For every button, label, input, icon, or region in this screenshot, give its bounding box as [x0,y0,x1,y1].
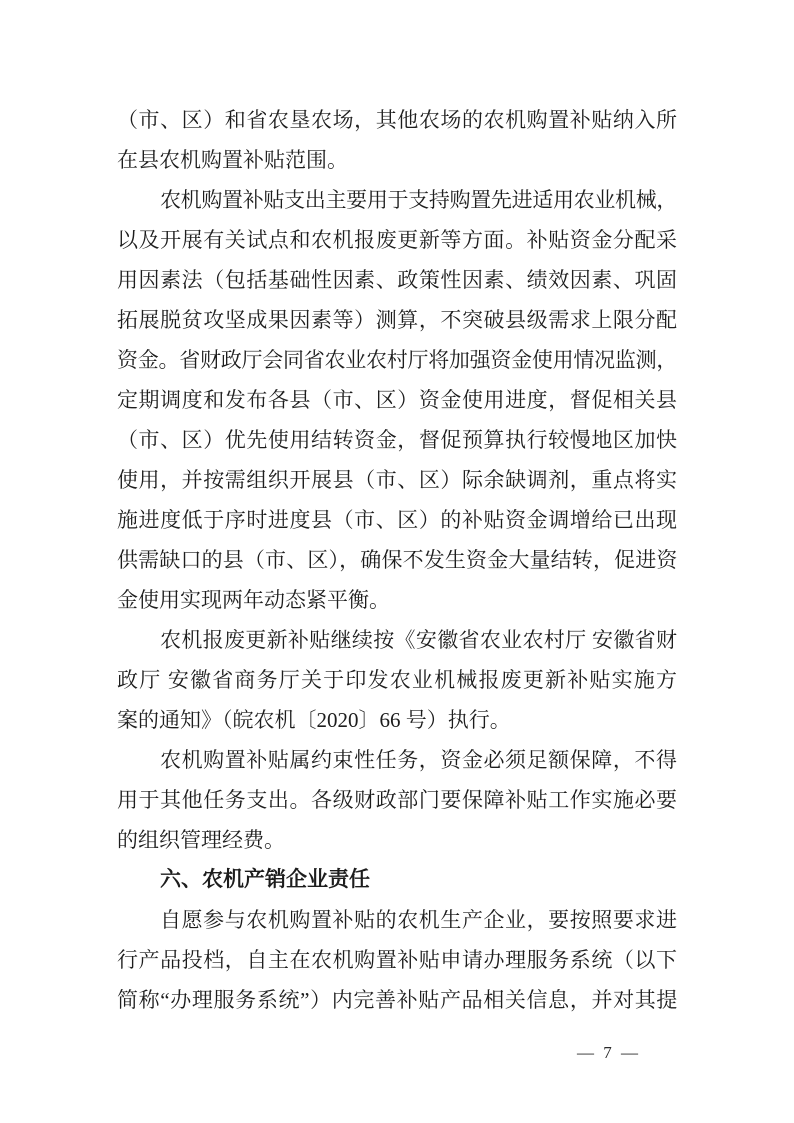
document-line: 以及开展有关试点和农机报废更新等方面。补贴资金分配采 [117,220,677,260]
page-number: — 7 — [577,1042,638,1064]
document-line: 在县农机购置补贴范围。 [117,140,677,180]
document-line: 使用，并按需组织开展县（市、区）际余缺调剂，重点将实 [117,460,677,500]
document-line: 农机购置补贴支出主要用于支持购置先进适用农业机械， [117,180,677,220]
document-line: 施进度低于序时进度县（市、区）的补贴资金调增给已出现 [117,500,677,540]
document-line: （市、区）优先使用结转资金，督促预算执行较慢地区加快 [117,420,677,460]
document-line: 用因素法（包括基础性因素、政策性因素、绩效因素、巩固 [117,260,677,300]
document-line: 农机购置补贴属约束性任务，资金必须足额保障，不得 [117,740,677,780]
document-line: 自愿参与农机购置补贴的农机生产企业，要按照要求进 [117,900,677,940]
document-line: 金使用实现两年动态紧平衡。 [117,580,677,620]
section-heading: 六、农机产销企业责任 [117,860,677,900]
document-line: 用于其他任务支出。各级财政部门要保障补贴工作实施必要 [117,780,677,820]
document-line: 政厅 安徽省商务厅关于印发农业机械报废更新补贴实施方 [117,660,677,700]
document-line: 农机报废更新补贴继续按《安徽省农业农村厅 安徽省财 [117,620,677,660]
document-line: 供需缺口的县（市、区），确保不发生资金大量结转，促进资 [117,540,677,580]
document-line: 行产品投档，自主在农机购置补贴申请办理服务系统（以下 [117,940,677,980]
document-line: 拓展脱贫攻坚成果因素等）测算，不突破县级需求上限分配 [117,300,677,340]
document-line: 案的通知》（皖农机〔2020〕66 号）执行。 [117,700,677,740]
document-line: 资金。省财政厅会同省农业农村厅将加强资金使用情况监测， [117,340,677,380]
text-block: （市、区）和省农垦农场，其他农场的农机购置补贴纳入所 在县农机购置补贴范围。 农… [117,100,677,1020]
document-line: （市、区）和省农垦农场，其他农场的农机购置补贴纳入所 [117,100,677,140]
document-line: 简称“办理服务系统”）内完善补贴产品相关信息，并对其提 [117,980,677,1020]
document-line: 的组织管理经费。 [117,820,677,860]
document-line: 定期调度和发布各县（市、区）资金使用进度，督促相关县 [117,380,677,420]
document-page: （市、区）和省农垦农场，其他农场的农机购置补贴纳入所 在县农机购置补贴范围。 农… [0,0,794,1123]
